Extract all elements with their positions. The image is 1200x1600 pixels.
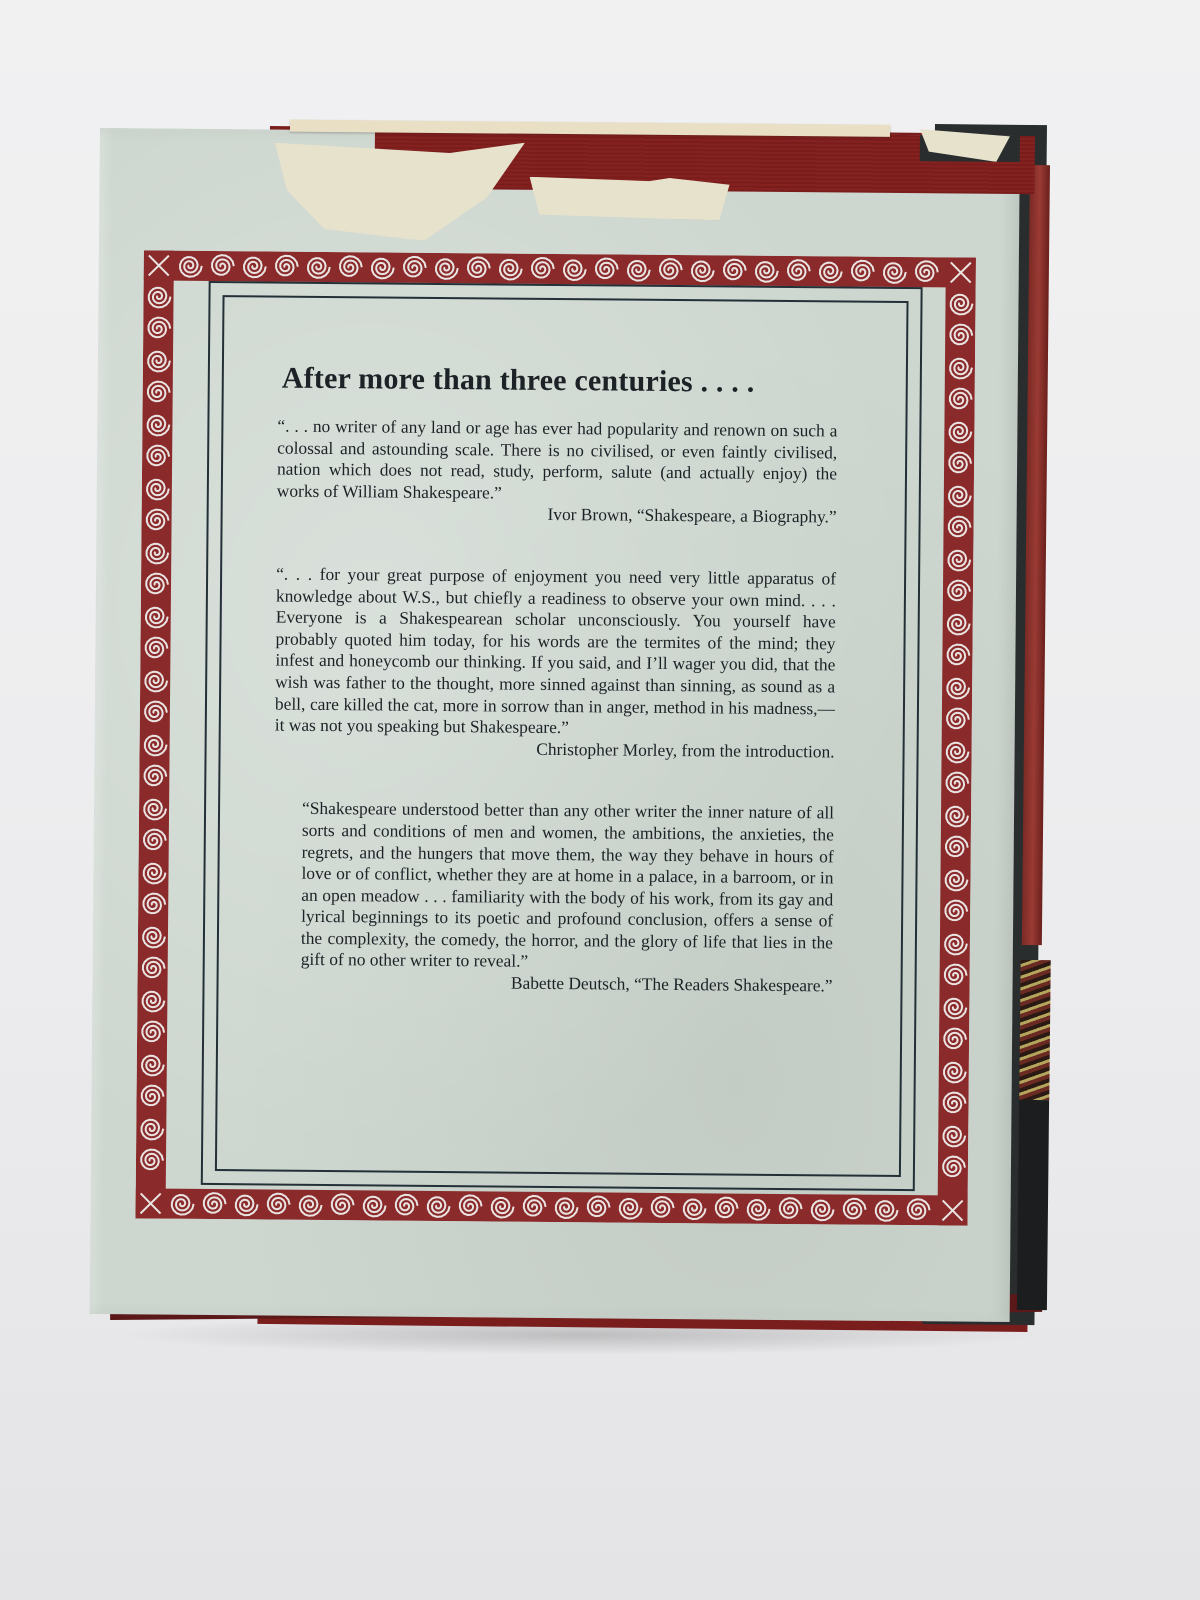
headline: After more than three centuries . . . .: [282, 362, 838, 401]
quote-ivor-brown: “. . . no writer of any land or age has …: [277, 416, 838, 507]
jacket-text-block: After more than three centuries . . . . …: [272, 362, 837, 998]
jacket-tear-center: [529, 177, 729, 221]
quote-babette-deutsch: “Shakespeare understood better than any …: [273, 798, 834, 976]
jacket-spine-black: [1017, 1100, 1049, 1310]
jacket-spine-artwork: [1019, 960, 1050, 1100]
quote-christopher-morley: “. . . for your great purpose of enjoyme…: [275, 564, 836, 742]
dust-jacket-back: After more than three centuries . . . . …: [90, 128, 1020, 1322]
